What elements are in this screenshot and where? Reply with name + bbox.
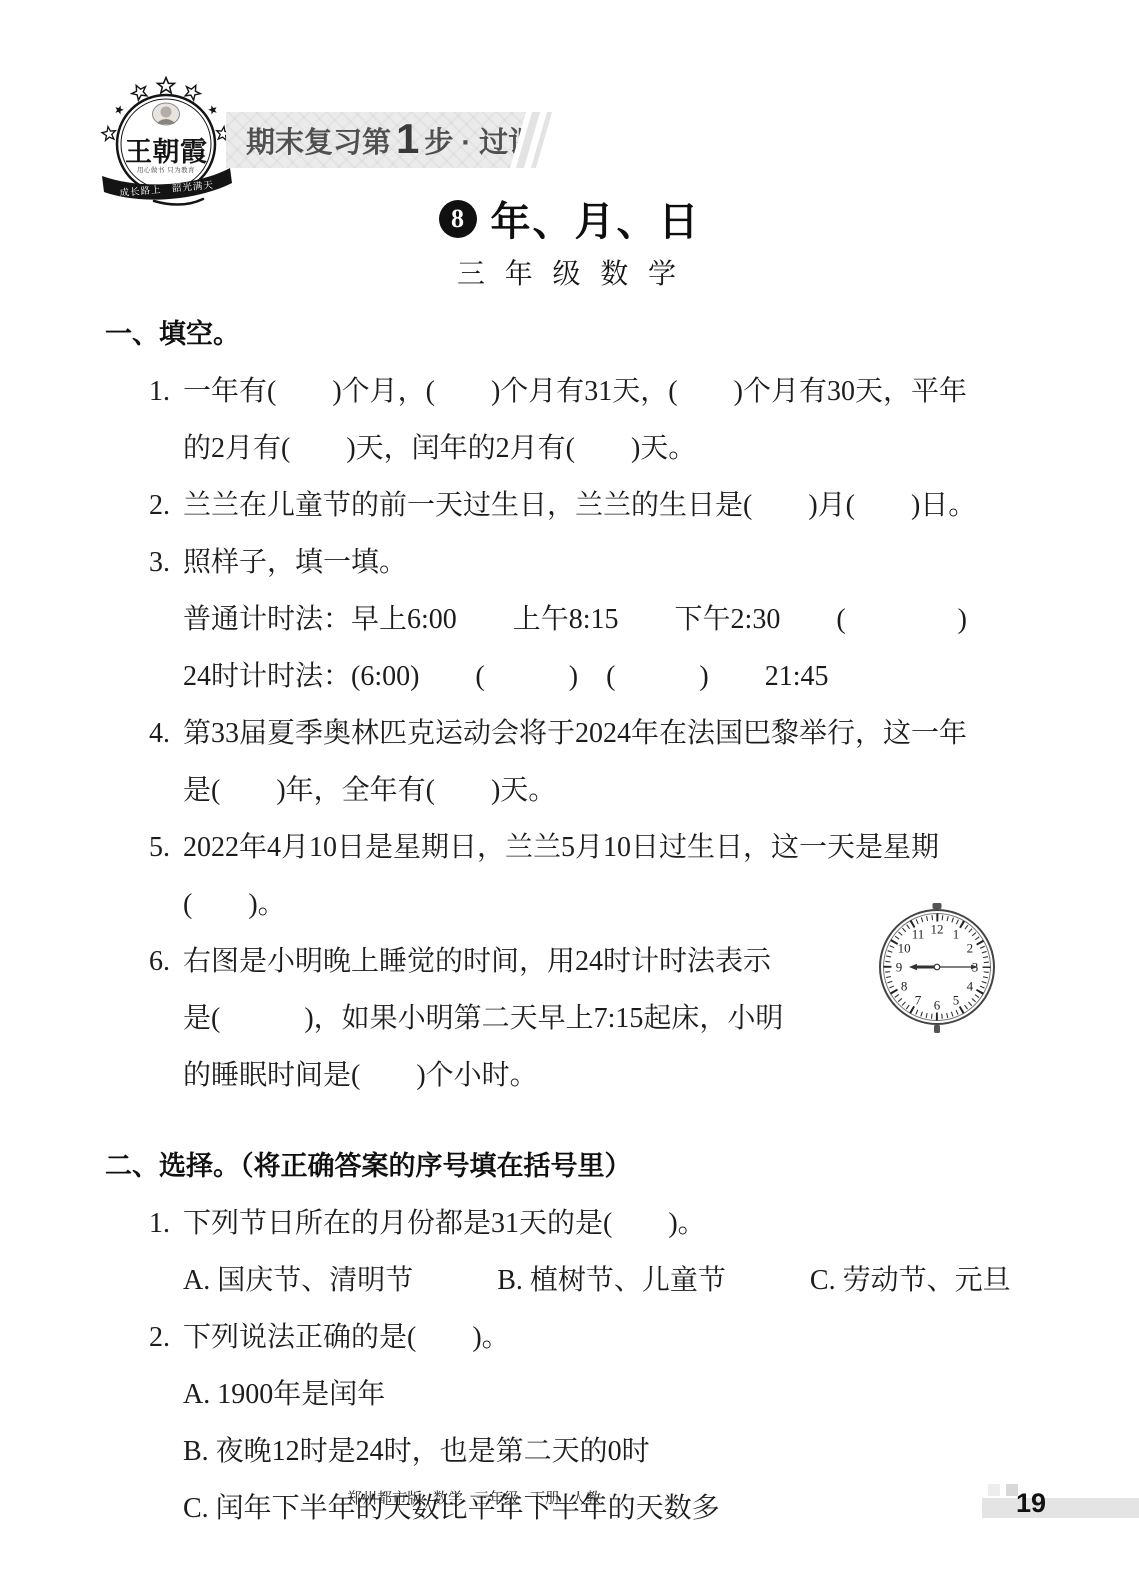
lesson-number-badge: 8 — [439, 200, 477, 238]
header-banner: 期末复习第 1 步 · 过课本 — [226, 112, 526, 168]
question-line: 24时计时法：(6:00) ( ) ( ) 21:45 — [105, 648, 1050, 705]
question-text: 照样子，填一填。 — [183, 547, 407, 578]
question-text: 是( )年，全年有( )天。 — [183, 775, 556, 806]
footer-info: 郑州都市版 数学 三年级 下册 人教 — [347, 1487, 601, 1508]
question-number: 1. — [149, 363, 170, 420]
choice-option: A. 1900年是闰年 — [105, 1366, 1050, 1423]
brand-name: 王朝霞 — [125, 137, 207, 167]
footer-deco-square — [988, 1484, 1000, 1496]
section-heading: 二、选择。（将正确答案的序号填在括号里） — [105, 1138, 1050, 1195]
question-text: 第33届夏季奥林匹克运动会将于2024年在法国巴黎举行，这一年 — [183, 718, 967, 749]
question-text: ( )。 — [183, 889, 286, 920]
svg-text:4: 4 — [967, 979, 974, 994]
brand-logo: 王朝霞 用心做书 只为教育 成长路上 韶光满天 — [96, 64, 238, 210]
clock-crown — [933, 903, 942, 909]
choice-option-text: A. 1900年是闰年 — [183, 1379, 385, 1410]
question-number: 1. — [149, 1195, 170, 1252]
footer-edition: 郑州都市版 — [347, 1487, 422, 1508]
question-text: 下列节日所在的月份都是31天的是( )。 — [183, 1208, 706, 1239]
question-text: 24时计时法：(6:00) ( ) ( ) 21:45 — [183, 661, 829, 692]
lesson-title: 年、月、日 — [491, 190, 701, 247]
grade-subtitle: 三 年 级 数 学 — [0, 252, 1139, 292]
question-number: 2. — [149, 1309, 170, 1366]
footer-publisher: 人教 — [571, 1487, 601, 1508]
worksheet-page: 王朝霞 用心做书 只为教育 成长路上 韶光满天 期末复习第 1 步 · 过课本 … — [0, 0, 1139, 1582]
question-line: 3. 照样子，填一填。 — [105, 534, 1050, 591]
svg-text:9: 9 — [896, 960, 903, 975]
question-text: 右图是小明晚上睡觉的时间，用24时计时法表示 — [183, 946, 771, 977]
svg-text:7: 7 — [915, 992, 922, 1007]
question-line: 2. 下列说法正确的是( )。 — [105, 1309, 1050, 1366]
clock-illustration: 1 2 3 4 5 6 7 8 9 10 11 12 — [872, 896, 1002, 1038]
question-number: 2. — [149, 477, 170, 534]
question-line: 1. 下列节日所在的月份都是31天的是( )。 — [105, 1195, 1050, 1252]
question-line: 的睡眠时间是( )个小时。 — [105, 1047, 1050, 1104]
section-heading: 一、填空。 — [105, 306, 1050, 363]
question-text: 的睡眠时间是( )个小时。 — [183, 1060, 538, 1091]
question-number: 6. — [149, 933, 170, 990]
page-number-bar — [982, 1498, 1139, 1518]
svg-text:2: 2 — [967, 941, 974, 956]
banner-prefix: 期末复习第 — [246, 120, 391, 161]
question-text: 普通计时法：早上6:00 上午8:15 下午2:30 ( ) — [183, 604, 967, 635]
question-text: 兰兰在儿童节的前一天过生日，兰兰的生日是( )月( )日。 — [183, 490, 976, 521]
question-number: 3. — [149, 534, 170, 591]
portrait-face — [161, 107, 172, 118]
question-text: 2022年4月10日是星期日，兰兰5月10日过生日，这一天是星期 — [183, 832, 939, 863]
question-text: 一年有( )个月，( )个月有31天，( )个月有30天，平年 — [183, 376, 967, 407]
svg-text:8: 8 — [901, 979, 908, 994]
choice-options-row: A. 国庆节、清明节 B. 植树节、儿童节 C. 劳动节、元旦 — [105, 1252, 1050, 1309]
question-line: 普通计时法：早上6:00 上午8:15 下午2:30 ( ) — [105, 591, 1050, 648]
svg-text:10: 10 — [898, 941, 911, 956]
choice-option-text: B. 夜晚12时是24时，也是第二天的0时 — [183, 1436, 650, 1467]
footer-subject: 数学 — [433, 1487, 463, 1508]
question-number: 4. — [149, 705, 170, 762]
question-number: 5. — [149, 819, 170, 876]
svg-text:12: 12 — [931, 922, 944, 937]
question-line: 1. 一年有( )个月，( )个月有31天，( )个月有30天，平年 — [105, 363, 1050, 420]
svg-text:6: 6 — [934, 998, 941, 1013]
question-line: 的2月有( )天，闰年的2月有( )天。 — [105, 420, 1050, 477]
footer-grade: 三年级 — [474, 1487, 519, 1508]
svg-text:1: 1 — [953, 927, 960, 942]
question-line: 5. 2022年4月10日是星期日，兰兰5月10日过生日，这一天是星期 — [105, 819, 1050, 876]
question-text: 是( )，如果小明第二天早上7:15起床，小明 — [183, 1003, 783, 1034]
question-text: 下列说法正确的是( )。 — [183, 1322, 510, 1353]
brand-tagline: 用心做书 只为教育 — [137, 165, 195, 174]
lesson-title-row: 8 年、月、日 — [0, 190, 1139, 247]
question-text: 的2月有( )天，闰年的2月有( )天。 — [183, 433, 696, 464]
svg-text:5: 5 — [953, 992, 960, 1007]
clock-stem — [934, 1025, 940, 1033]
svg-text:11: 11 — [912, 927, 925, 942]
question-line: 是( )年，全年有( )天。 — [105, 762, 1050, 819]
choice-options: A. 国庆节、清明节 B. 植树节、儿童节 C. 劳动节、元旦 — [183, 1265, 1011, 1296]
clock-center-pin — [934, 964, 940, 970]
question-line: 4. 第33届夏季奥林匹克运动会将于2024年在法国巴黎举行，这一年 — [105, 705, 1050, 762]
footer-volume: 下册 — [530, 1487, 560, 1508]
question-line: 2. 兰兰在儿童节的前一天过生日，兰兰的生日是( )月( )日。 — [105, 477, 1050, 534]
banner-step-number: 1 — [396, 115, 419, 163]
choice-option: B. 夜晚12时是24时，也是第二天的0时 — [105, 1423, 1050, 1480]
page-number: 19 — [1016, 1488, 1046, 1519]
